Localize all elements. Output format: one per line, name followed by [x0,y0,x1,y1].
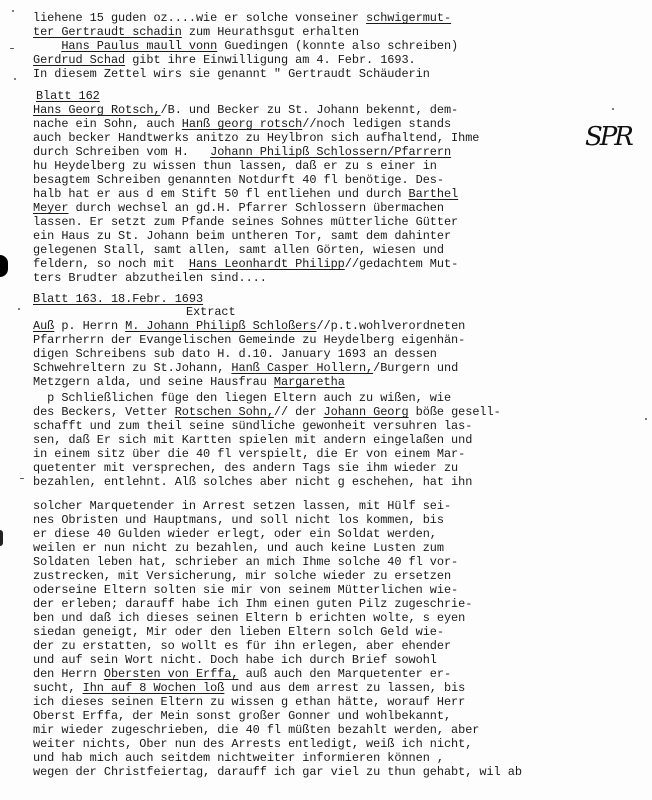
text-line: weilen er nun nicht zu bezahlen, und auc… [33,541,444,555]
punch-hole [0,255,8,277]
section-heading: Blatt 162 [36,89,100,103]
text-line: feldern, so noch mit Hans Leonhardt Phil… [33,257,458,271]
speck [12,10,14,12]
text-line: Schwehreltern zu St.Johann, Hanß Casper … [33,361,458,375]
text-line: durch Schreiben vom H. Johann Philipß Sc… [33,145,451,159]
text-line: zustrecken, mit Versicherung, mir solche… [33,569,451,583]
speck [14,78,16,80]
text-line: Oberst Erffa, der Mein sonst großer Gonn… [33,709,451,723]
speck [20,478,24,479]
text-line: hu Heydelberg zu wissen thun lassen, daß… [33,159,437,173]
text-line: ben und daß ich dieses seinen Eltern b e… [33,611,465,625]
text-line: weiter nichts, Ober nun des Arrests entl… [33,737,472,751]
text-line: Auß p. Herrn M. Johann Philipß Schloßers… [33,319,465,333]
text-line: sen, daß Er sich mit Kartten spielen mit… [33,433,472,447]
text-line: besagtem Schreiben genannten Notdurft 40… [33,173,444,187]
text-line: solcher Marquetender in Arrest setzen la… [33,499,451,513]
text-line: Meyer durch wechsel an gd.H. Pfarrer Sch… [33,201,444,215]
text-line: sucht, Ihn auf 8 Wochen loß und aus dem … [33,681,465,695]
text-line: und hab mich auch seitdem nichtweiter in… [33,751,444,765]
text-line: bezahlen, entlehnt. Alß solches aber nic… [33,475,472,489]
section-heading: Blatt 163. 18.Febr. 1693 [33,292,203,306]
text-line: ter Gertraudt schadin zum Heurathsgut er… [33,25,359,39]
text-line: digen Schreibens sub dato H. d.10. Janua… [33,347,437,361]
speck [612,108,614,110]
speck [10,48,14,49]
handwritten-signature-mark: SPR [585,122,631,152]
text-line: halb hat er aus d em Stift 50 fl entlieh… [33,187,458,201]
text-line: nes Obristen und Hauptmans, und soll nic… [33,513,444,527]
text-line: und auf sein Wort nicht. Doch habe ich d… [33,653,437,667]
text-line: Pfarrherrn der Evangelischen Gemeinde zu… [33,333,465,347]
text-line: Hans Paulus maull vonn Guedingen (konnte… [33,39,458,53]
text-line: der zu erstatten, so wollt es für ihn er… [33,639,451,653]
text-line: siedan geneigt, Mir oder den lieben Elte… [33,625,444,639]
text-line: liehene 15 guden oz....wie er solche von… [33,11,451,25]
text-line: auch becker Handtwerks anitzo zu Heylbro… [33,131,479,145]
text-line: oderseine Eltern solten sie mir von sein… [33,583,458,597]
punch-hole-mark [0,530,3,546]
speck [645,418,647,420]
text-line: gelegenen Stall, samt allen, samt allen … [33,243,444,257]
speck [18,308,20,310]
document-page: liehene 15 guden oz....wie er solche von… [0,0,652,800]
text-line: den Herrn Obersten von Erffa, auß auch d… [33,667,451,681]
section-subheading: Extract [186,305,236,319]
text-line: der erleben; darauff habe ich Ihm einen … [33,597,472,611]
text-line: Soldaten leben hat, schrieber an mich Ih… [33,555,458,569]
text-line: mir wieder zugeschrieben, die 40 fl müßt… [33,723,479,737]
text-line: ters Brudter abzutheilen sind.... [33,271,267,285]
text-line: schafft und zum theil seine sündliche ge… [33,419,472,433]
text-line: p Schließlichen füge den liegen Eltern a… [33,391,451,405]
text-line: in einem sitz über die 40 fl verspielt, … [33,447,465,461]
text-line: er diese 40 Gulden wieder erlegt, oder e… [33,527,437,541]
text-line: ich dieses seinen Eltern zu wissen g eth… [33,695,465,709]
text-line: des Beckers, Vetter Rotschen Sohn,// der… [33,405,501,419]
text-line: quetenter mit versprechen, des andern Ta… [33,461,458,475]
text-line: Hans Georg Rotsch,/B. und Becker zu St. … [33,103,458,117]
text-line: wegen der Christfeiertag, darauff ich ga… [33,765,522,779]
text-line: Metzgern alda, und seine Hausfrau Margar… [33,375,345,389]
text-line: nache ein Sohn, auch Hanß georg rotsch//… [33,117,451,131]
text-line: In diesem Zettel wirs sie genannt " Gert… [33,67,430,81]
text-line: ein Haus zu St. Johann beim untheren Tor… [33,229,451,243]
text-line: lassen. Er setzt zum Pfande seines Sohne… [33,215,458,229]
text-line: Gerdrud Schad gibt ihre Einwilligung am … [33,53,416,67]
